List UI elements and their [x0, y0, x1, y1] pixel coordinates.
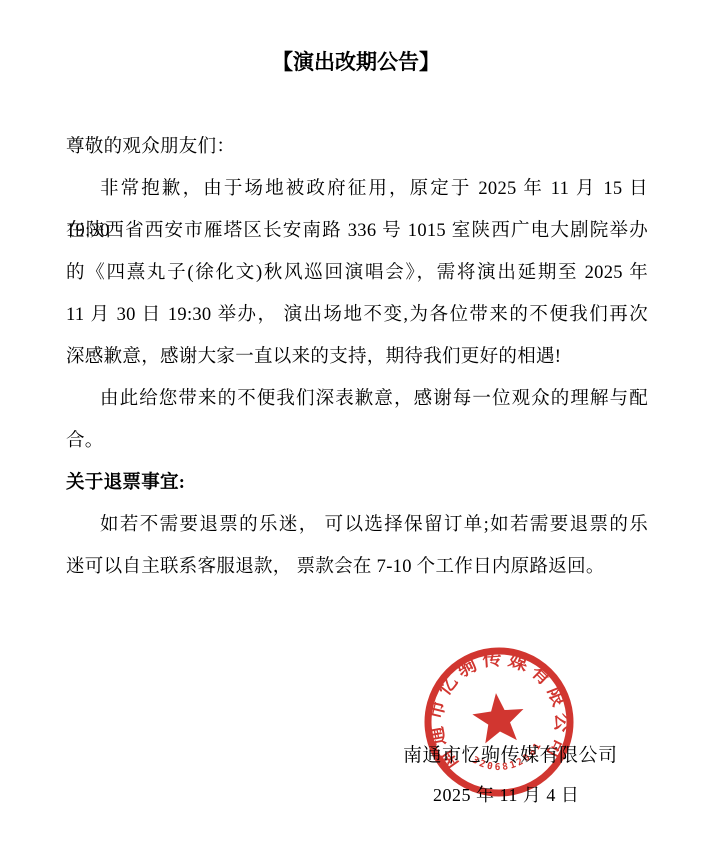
- text-line: 尊敬的观众朋友们：: [66, 126, 648, 168]
- text-line: 11 月 30 日 19:30 举办， 演出场地不变,为各位带来的不便我们再次: [66, 294, 648, 336]
- text-line: 在陕西省西安市雁塔区长安南路 336 号 1015 室陕西广电大剧院举办: [66, 210, 648, 252]
- text-line: 如若不需要退票的乐迷， 可以选择保留订单;如若需要退票的乐: [66, 504, 648, 546]
- svg-text:3206812061: 3206812061: [468, 738, 547, 776]
- text-line: 合。: [66, 420, 648, 462]
- text-line: 非常抱歉，由于场地被政府征用，原定于 2025 年 11 月 15 日 19:3…: [66, 168, 648, 210]
- stamp-serial-number: 3206812061: [468, 738, 547, 776]
- text-line: 的《四熹丸子(徐化文)秋风巡回演唱会》，需将演出延期至 2025 年: [66, 252, 648, 294]
- text-line: 深感歉意，感谢大家一直以来的支持，期待我们更好的相遇!: [66, 336, 648, 378]
- company-seal-stamp: 南通市忆驹传媒有限公司 3206812061: [414, 637, 584, 807]
- text-line: 迷可以自主联系客服退款， 票款会在 7-10 个工作日内原路返回。: [66, 546, 648, 588]
- text-line: 关于退票事宜:: [66, 462, 648, 504]
- text-line: 由此给您带来的不便我们深表歉意，感谢每一位观众的理解与配: [66, 378, 648, 420]
- announcement-page: 【演出改期公告】 尊敬的观众朋友们：非常抱歉，由于场地被政府征用，原定于 202…: [0, 0, 712, 863]
- notice-title: 【演出改期公告】: [0, 46, 712, 76]
- body-text: 尊敬的观众朋友们：非常抱歉，由于场地被政府征用，原定于 2025 年 11 月 …: [66, 126, 648, 588]
- star-icon: [470, 690, 526, 744]
